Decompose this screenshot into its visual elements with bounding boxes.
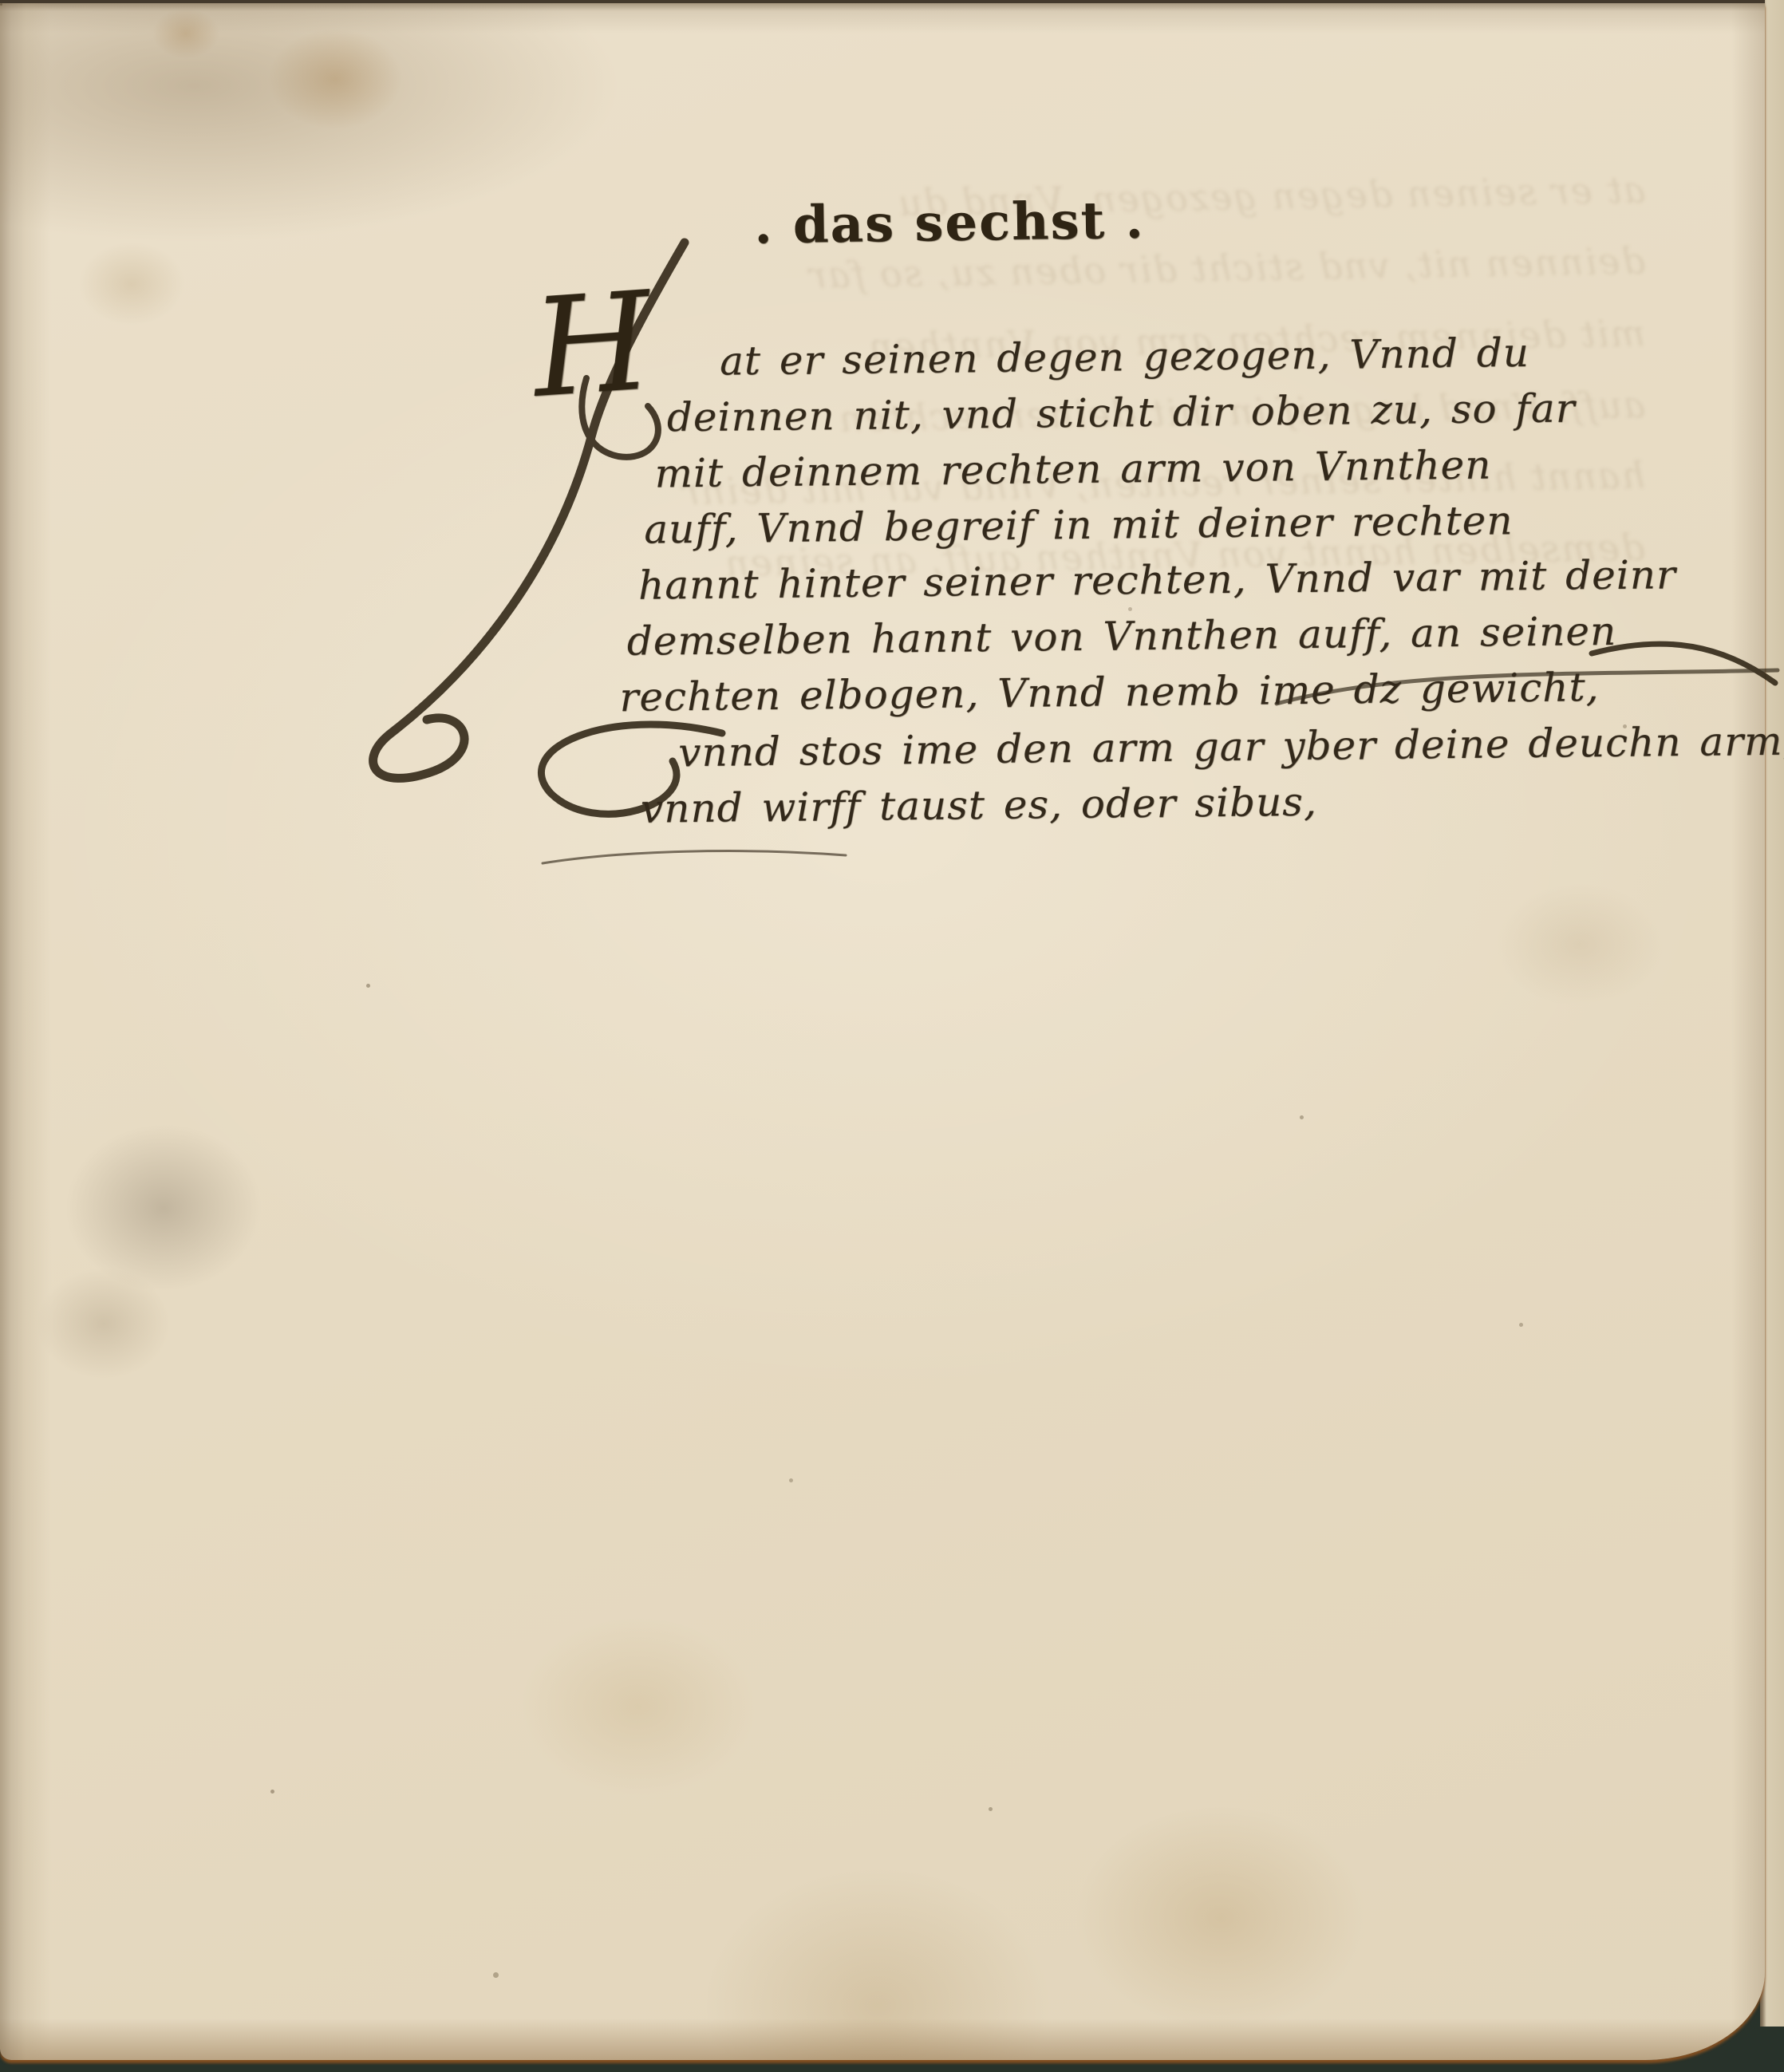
page-title: . das sechst . bbox=[742, 190, 1158, 255]
text-line: vnnd wirff taust es, oder sibus, bbox=[641, 770, 1715, 837]
flourish-overlay bbox=[0, 3, 1784, 2072]
bleedthrough-layer: at er seinen degen gezogen, Vnnd dudeinn… bbox=[0, 3, 1765, 2060]
text-line: deinnen nit, vnd sticht dir oben zu, so … bbox=[666, 379, 1710, 446]
text-line: at er seinen degen gezogen, Vnnd du bbox=[720, 323, 1710, 389]
text-block: at er seinen degen gezogen, Vnnd du dein… bbox=[592, 323, 1715, 838]
paper-flecks bbox=[0, 3, 2, 6]
manuscript-page: at er seinen degen gezogen, Vnnd dudeinn… bbox=[0, 3, 1765, 2060]
manuscript-scan: { "document": { "kind": "handwritten man… bbox=[0, 0, 1784, 2072]
text-line: vnnd stos ime den arm gar yber deine deu… bbox=[678, 714, 1714, 781]
